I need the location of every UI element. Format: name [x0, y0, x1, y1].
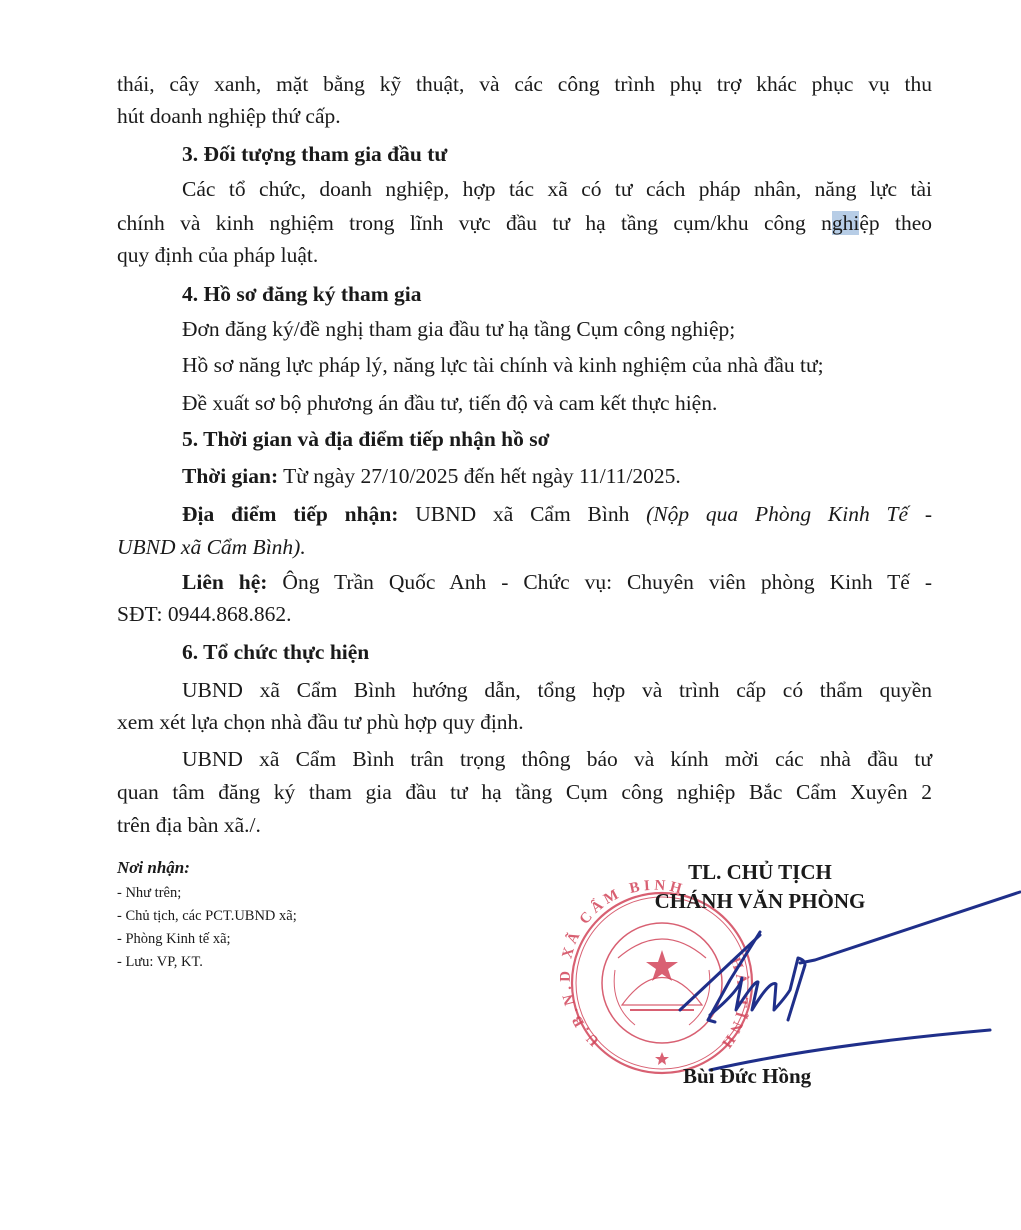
place-note: (Nộp qua Phòng Kinh Tế - [646, 502, 932, 526]
recipient-item: - Phòng Kinh tế xã; [117, 928, 231, 951]
text-selection-highlight[interactable]: ghi [832, 211, 859, 235]
paragraph-line: UBND xã Cẩm Bình hướng dẫn, tổng hợp và … [182, 676, 932, 704]
paragraph-line: thái, cây xanh, mặt bằng kỹ thuật, và cá… [117, 70, 932, 98]
paragraph-line: hút doanh nghiệp thứ cấp. [117, 102, 932, 130]
time-label: Thời gian: [182, 464, 278, 488]
recipient-item: - Chủ tịch, các PCT.UBND xã; [117, 905, 297, 928]
time-line: Thời gian: Từ ngày 27/10/2025 đến hết ng… [182, 462, 932, 490]
time-value: Từ ngày 27/10/2025 đến hết ngày 11/11/20… [278, 464, 681, 488]
text: chính và kinh nghiệm trong lĩnh vực đầu … [117, 211, 832, 235]
place-value: UBND xã Cẩm Bình [398, 502, 646, 526]
paragraph-line: quan tâm đăng ký tham gia đầu tư hạ tầng… [117, 778, 932, 806]
list-item: Đề xuất sơ bộ phương án đầu tư, tiến độ … [182, 389, 932, 417]
recipient-item: - Như trên; [117, 882, 181, 905]
list-item: Hồ sơ năng lực pháp lý, năng lực tài chí… [182, 351, 932, 379]
contact-label: Liên hệ: [182, 570, 267, 594]
contact-line: Liên hệ: Ông Trần Quốc Anh - Chức vụ: Ch… [182, 568, 932, 596]
paragraph-line: Các tổ chức, doanh nghiệp, hợp tác xã có… [182, 175, 932, 203]
recipient-item: - Lưu: VP, KT. [117, 951, 203, 974]
paragraph-line: chính và kinh nghiệm trong lĩnh vực đầu … [117, 209, 932, 237]
list-item: Đơn đăng ký/đề nghị tham gia đầu tư hạ t… [182, 315, 932, 343]
paragraph-line: trên địa bàn xã./. [117, 811, 932, 839]
paragraph-line: UBND xã Cẩm Bình trân trọng thông báo và… [182, 745, 932, 773]
handwritten-signature-icon [560, 860, 1021, 1090]
section-heading-6: 6. Tổ chức thực hiện [182, 638, 932, 666]
section-heading-5: 5. Thời gian và địa điểm tiếp nhận hồ sơ [182, 425, 932, 453]
place-note-continued: UBND xã Cẩm Bình). [117, 533, 932, 561]
contact-phone: SĐT: 0944.868.862. [117, 600, 932, 628]
recipients-title: Nơi nhận: [117, 858, 190, 878]
section-heading-3: 3. Đối tượng tham gia đầu tư [182, 140, 932, 168]
place-line: Địa điểm tiếp nhận: UBND xã Cẩm Bình (Nộ… [182, 500, 932, 528]
text: ệp theo [859, 211, 932, 235]
contact-value: Ông Trần Quốc Anh - Chức vụ: Chuyên viên… [267, 570, 932, 594]
paragraph-line: quy định của pháp luật. [117, 241, 932, 269]
paragraph-line: xem xét lựa chọn nhà đầu tư phù hợp quy … [117, 708, 932, 736]
place-label: Địa điểm tiếp nhận: [182, 502, 398, 526]
section-heading-4: 4. Hồ sơ đăng ký tham gia [182, 280, 932, 308]
signer-name: Bùi Đức Hồng [683, 1064, 811, 1089]
